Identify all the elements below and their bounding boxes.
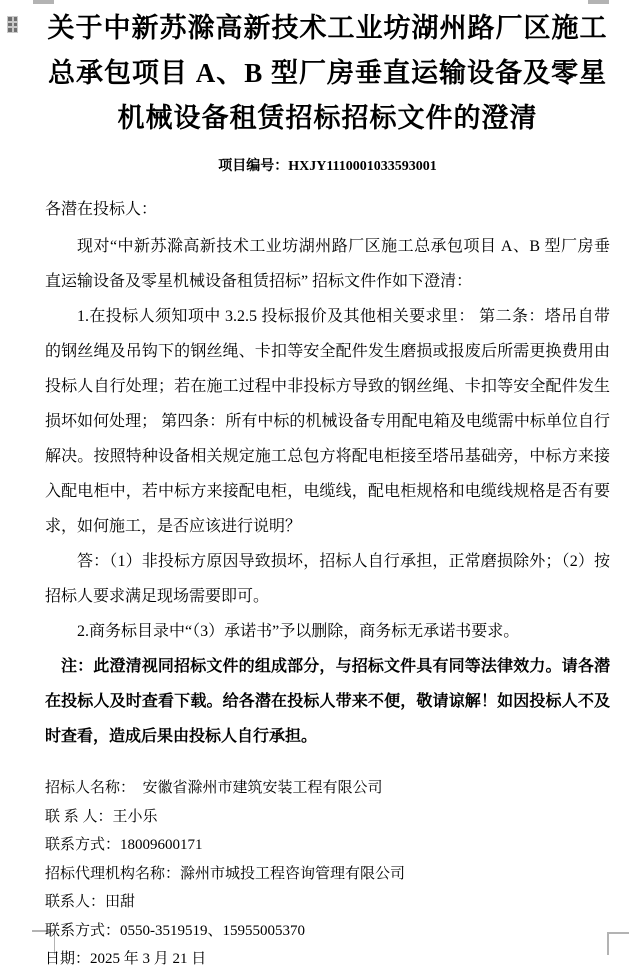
contact-label: 招标人名称： (45, 780, 143, 796)
contact-label: 联 系 人： (45, 809, 113, 825)
document-body: 现对“中新苏滁高新技术工业坊湖州路厂区施工总承包项目 A、B 型厂房垂直运输设备… (45, 229, 610, 754)
contact-label: 联系人： (45, 894, 105, 910)
body-paragraph: 答：（1）非投标方原因导致损坏，招标人自行承担，正常磨损除外；（2）按招标人要求… (45, 544, 610, 614)
drag-handle-dot (8, 23, 12, 27)
contact-value: 田甜 (105, 894, 135, 910)
document-page: 关于中新苏滁高新技术工业坊湖州路厂区施工总承包项目 A、B 型厂房垂直运输设备及… (0, 0, 629, 972)
contact-row-contact-person: 联 系 人：王小乐 (45, 803, 610, 832)
contact-value: 2025 年 3 月 21 日 (90, 951, 206, 967)
drag-handle-icon[interactable] (8, 17, 19, 32)
drag-handle-dot (14, 28, 18, 32)
note-paragraph: 注：此澄清视同招标文件的组成部分，与招标文件具有同等法律效力。请各潜在投标人及时… (45, 649, 610, 754)
contact-row-agency-phone: 联系方式：0550-3519519、15955005370 (45, 917, 610, 946)
body-paragraph: 现对“中新苏滁高新技术工业坊湖州路厂区施工总承包项目 A、B 型厂房垂直运输设备… (45, 229, 610, 299)
body-paragraph: 1.在投标人须知项中 3.2.5 投标报价及其他相关要求里： 第二条：塔吊自带的… (45, 299, 610, 544)
drag-handle-dot (14, 23, 18, 27)
drag-handle-dot (8, 17, 12, 21)
drag-handle-dot (8, 28, 12, 32)
contact-value: 滁州市城投工程咨询管理有限公司 (180, 866, 405, 882)
contact-row-date: 日期：2025 年 3 月 21 日 (45, 945, 610, 972)
contact-label: 联系方式： (45, 837, 120, 853)
contact-label: 招标代理机构名称： (45, 866, 180, 882)
document-content: 关于中新苏滁高新技术工业坊湖州路厂区施工总承包项目 A、B 型厂房垂直运输设备及… (45, 0, 610, 972)
body-paragraph: 2.商务标目录中“（3）承诺书”予以删除，商务标无承诺书要求。 (45, 614, 610, 649)
contact-row-agency-contact: 联系人：田甜 (45, 888, 610, 917)
contact-value: 安徽省滁州市建筑安装工程有限公司 (143, 780, 383, 796)
contact-value: 王小乐 (113, 809, 158, 825)
contact-value: 18009600171 (120, 837, 203, 853)
contact-label: 联系方式： (45, 923, 120, 939)
drag-handle-dot (14, 17, 18, 21)
contact-block: 招标人名称： 安徽省滁州市建筑安装工程有限公司 联 系 人：王小乐 联系方式：1… (45, 774, 610, 972)
contact-value: 0550-3519519、15955005370 (120, 923, 305, 939)
contact-row-tenderer-name: 招标人名称： 安徽省滁州市建筑安装工程有限公司 (45, 774, 610, 803)
contact-label: 日期： (45, 951, 90, 967)
salutation: 各潜在投标人： (45, 199, 610, 221)
project-number: 项目编号：HXJY1110001033593001 (45, 155, 610, 175)
contact-row-agency-name: 招标代理机构名称：滁州市城投工程咨询管理有限公司 (45, 860, 610, 889)
contact-row-phone: 联系方式：18009600171 (45, 831, 610, 860)
document-title: 关于中新苏滁高新技术工业坊湖州路厂区施工总承包项目 A、B 型厂房垂直运输设备及… (45, 6, 610, 141)
text-boundary-mark-bottom-right (607, 932, 629, 934)
